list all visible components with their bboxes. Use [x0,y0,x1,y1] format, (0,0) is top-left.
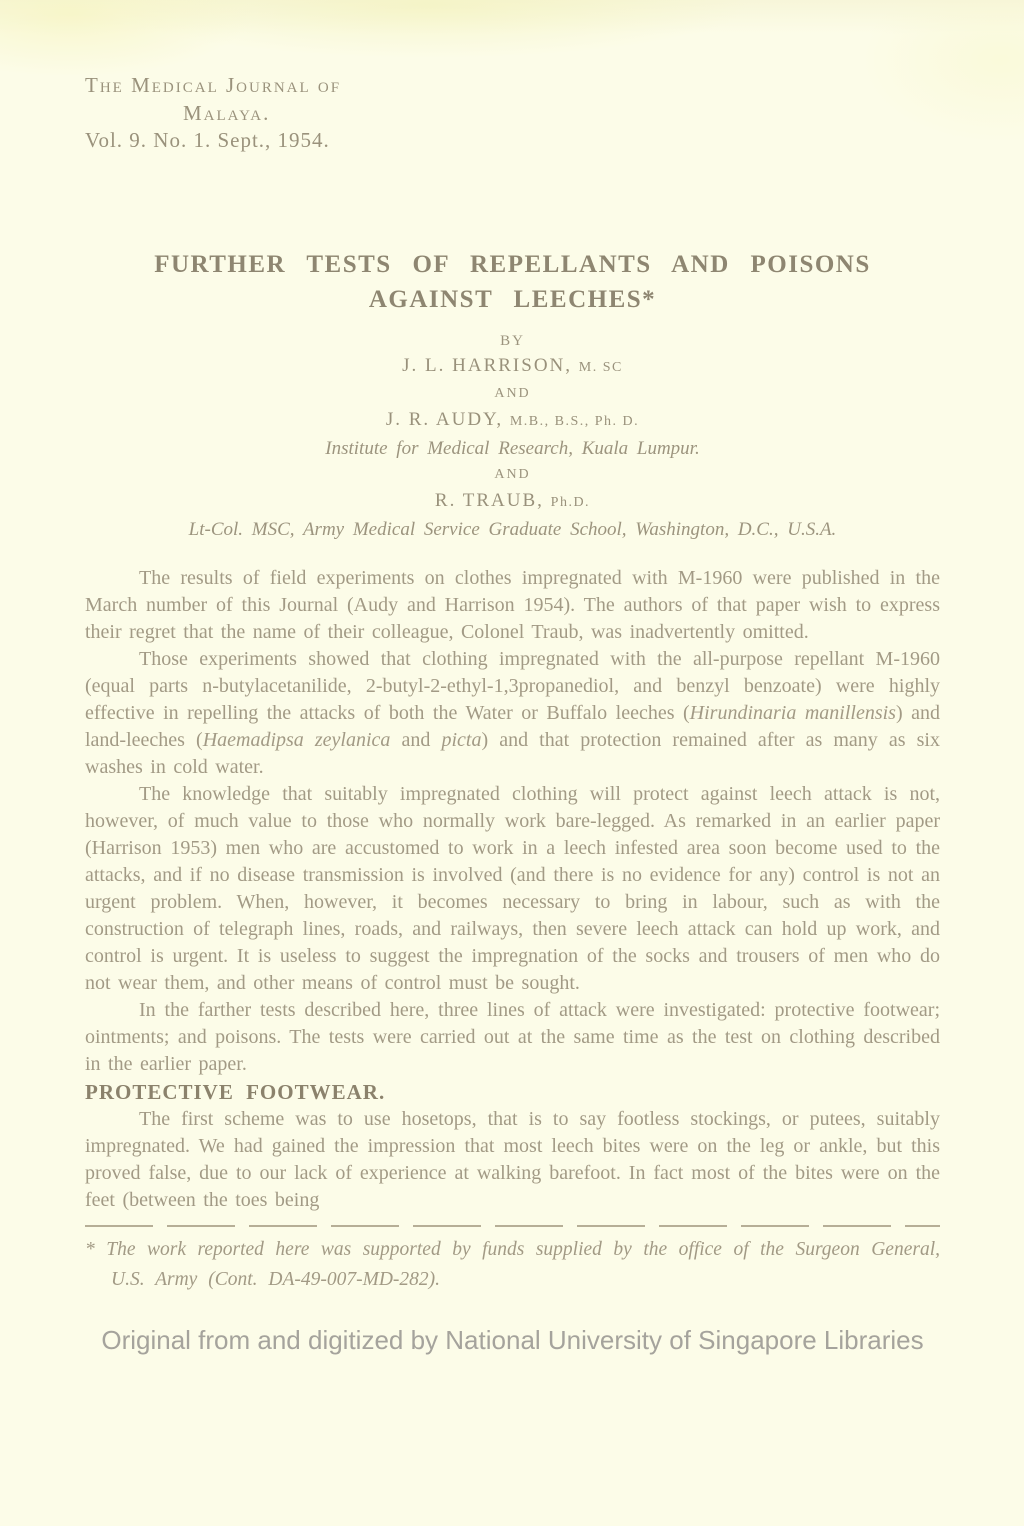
footnote-divider [85,1225,940,1227]
species-name-picta: picta [441,729,481,751]
paragraph-3: The knowledge that suitably impregnated … [85,781,940,997]
paragraph-2-text: and [390,729,441,751]
author-2-name: J. R. AUDY, [386,409,503,430]
author-2: J. R. AUDY, M.B., B.S., Ph. D. [85,406,940,435]
article-title: FURTHER TESTS OF REPELLANTS AND POISONS … [85,247,940,317]
scanned-journal-page: The Medical Journal of Malaya. Vol. 9. N… [0,0,1024,1526]
journal-name-line2: Malaya. [85,100,940,128]
paragraph-2: Those experiments showed that clothing i… [85,646,940,781]
section-heading-protective-footwear: PROTECTIVE FOOTWEAR. [85,1078,940,1106]
journal-name-line1: The Medical Journal of [85,72,940,100]
and-separator-2: AND [85,462,940,487]
species-name-haemadipsa: Haemadipsa zeylanica [203,729,391,751]
and-separator-1: AND [85,381,940,406]
footnote: * The work reported here was supported b… [85,1235,940,1295]
affiliation-2: Lt-Col. MSC, Army Medical Service Gradua… [85,516,940,543]
paragraph-4: In the farther tests described here, thr… [85,997,940,1078]
footnote-marker: * [85,1239,95,1260]
author-3-name: R. TRAUB, [435,490,544,511]
journal-masthead: The Medical Journal of Malaya. Vol. 9. N… [85,72,940,155]
by-label: BY [85,330,940,352]
article-title-line2: AGAINST LEECHES* [85,282,940,317]
author-1-qualification: M. SC [579,360,623,375]
species-name-hirundinaria: Hirundinaria manillensis [690,702,896,724]
paragraph-1: The results of field experiments on clot… [85,565,940,646]
author-2-qualification: M.B., B.S., Ph. D. [510,414,639,429]
author-1: J. L. HARRISON, M. SC [85,352,940,381]
footnote-text: The work reported here was supported by … [95,1239,940,1290]
author-3-qualification: Ph.D. [551,495,590,510]
byline-block: BY J. L. HARRISON, M. SC AND J. R. AUDY,… [85,330,940,543]
article-body: The results of field experiments on clot… [85,565,940,1214]
author-1-name: J. L. HARRISON, [402,355,572,376]
author-3: R. TRAUB, Ph.D. [85,487,940,516]
digitization-credit: Original from and digitized by National … [85,1325,940,1356]
article-title-line1: FURTHER TESTS OF REPELLANTS AND POISONS [85,247,940,282]
paragraph-5: The first scheme was to use hosetops, th… [85,1106,940,1214]
journal-volume-line: Vol. 9. No. 1. Sept., 1954. [85,127,940,155]
affiliation-1: Institute for Medical Research, Kuala Lu… [85,435,940,462]
